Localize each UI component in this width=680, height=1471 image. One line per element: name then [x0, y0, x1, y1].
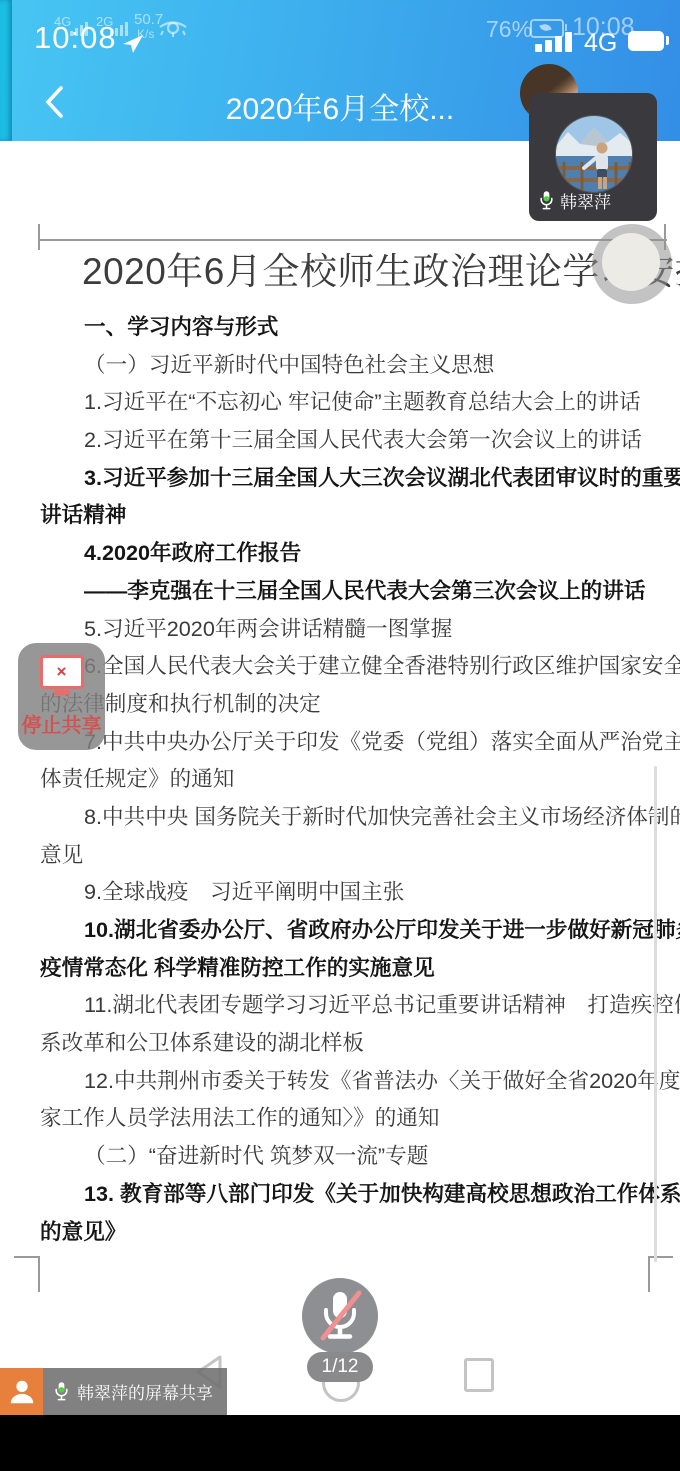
- doc-line: 的法律制度和执行机制的决定: [40, 685, 665, 723]
- participant-avatar: [555, 115, 633, 193]
- doc-line: 8.中共中央 国务院关于新时代加快完善社会主义市场经济体制的: [40, 798, 665, 836]
- doc-line: 系改革和公卫体系建设的湖北样板: [40, 1024, 665, 1062]
- doc-line: 的意见》: [40, 1213, 665, 1251]
- phone-screen: 4G 2G 50.7 K/s 76% 10:08 10:08 4G: [0, 0, 680, 1471]
- location-arrow-icon: [121, 31, 145, 55]
- person-icon: [7, 1377, 37, 1407]
- scrollbar[interactable]: [654, 766, 657, 1262]
- video-thumbnail[interactable]: 韩翠萍: [529, 93, 657, 221]
- doc-line: （一）习近平新时代中国特色社会主义思想: [40, 346, 665, 384]
- monitor-x-icon: ×: [40, 655, 84, 689]
- doc-line: 12.中共荆州市委关于转发《省普法办〈关于做好全省2020年度国: [40, 1062, 665, 1100]
- page-indicator: 1/12: [307, 1352, 373, 1382]
- stop-share-button[interactable]: × 停止共享: [18, 643, 105, 750]
- doc-line: 疫情常态化 科学精准防控工作的实施意见: [40, 949, 665, 987]
- doc-line: 讲话精神: [40, 496, 665, 534]
- doc-line: 10.湖北省委办公厅、省政府办公厅印发关于进一步做好新冠肺炎: [40, 911, 665, 949]
- bottom-black-bar: [0, 1415, 680, 1471]
- doc-line: 一、学习内容与形式: [40, 308, 665, 346]
- stop-share-label: 停止共享: [18, 709, 105, 738]
- page-corner-mark: [648, 1256, 650, 1292]
- doc-line: 4.2020年政府工作报告: [40, 534, 665, 572]
- doc-line: 5.习近平2020年两会讲话精髓一图掌握: [40, 610, 665, 648]
- page-corner-mark: [648, 1256, 673, 1258]
- document-body: 一、学习内容与形式（一）习近平新时代中国特色社会主义思想1.习近平在“不忘初心 …: [40, 308, 665, 1250]
- share-banner-text: 韩翠萍的屏幕共享: [77, 1379, 213, 1404]
- signal-bars-icon: [535, 32, 572, 52]
- mic-muted-icon: [302, 1278, 378, 1354]
- battery-icon: [628, 31, 664, 51]
- ghost-battery-percent: 76%: [486, 16, 532, 43]
- status-time: 10:08: [34, 20, 117, 56]
- document-title: 2020年6月全校师生政治理论学习安排: [82, 241, 680, 295]
- doc-line: ——李克强在十三届全国人民代表大会第三次会议上的讲话: [40, 572, 665, 610]
- page-corner-mark: [38, 224, 40, 250]
- doc-line: 6.全国人民代表大会关于建立健全香港特别行政区维护国家安全: [40, 647, 665, 685]
- doc-line: 2.习近平在第十三届全国人民代表大会第一次会议上的讲话: [40, 421, 665, 459]
- eye-protection-icon: [156, 15, 190, 41]
- mic-on-icon: [538, 190, 555, 211]
- doc-line: 3.习近平参加十三届全国人大三次会议湖北代表团审议时的重要: [40, 459, 665, 497]
- doc-line: （二）“奋进新时代 筑梦双一流”专题: [40, 1137, 665, 1175]
- network-type-label: 4G: [584, 29, 617, 58]
- doc-line: 体责任规定》的通知: [40, 760, 665, 798]
- doc-line: 11.湖北代表团专题学习习近平总书记重要讲话精神 打造疾控体: [40, 986, 665, 1024]
- doc-line: 13. 教育部等八部门印发《关于加快构建高校思想政治工作体系: [40, 1175, 665, 1213]
- mic-on-icon: [53, 1381, 70, 1402]
- doc-line: 家工作人员学法用法工作的通知〉》的通知: [40, 1099, 665, 1137]
- share-app-badge: [0, 1368, 43, 1415]
- doc-line: 9.全球战疫 习近平阐明中国主张: [40, 873, 665, 911]
- screen-share-banner[interactable]: 韩翠萍的屏幕共享: [0, 1368, 227, 1415]
- nav-recents-button[interactable]: [464, 1358, 494, 1392]
- participant-name: 韩翠萍: [560, 188, 611, 213]
- floating-ball[interactable]: [592, 224, 672, 304]
- doc-line: 1.习近平在“不忘初心 牢记使命”主题教育总结大会上的讲话: [40, 383, 665, 421]
- page-corner-mark: [38, 1256, 40, 1292]
- doc-line: 意见: [40, 836, 665, 874]
- doc-line: 7.中共中央办公厅关于印发《党委（党组）落实全面从严治党主: [40, 723, 665, 761]
- page-corner-mark: [14, 1256, 40, 1258]
- mic-mute-button[interactable]: [302, 1278, 378, 1354]
